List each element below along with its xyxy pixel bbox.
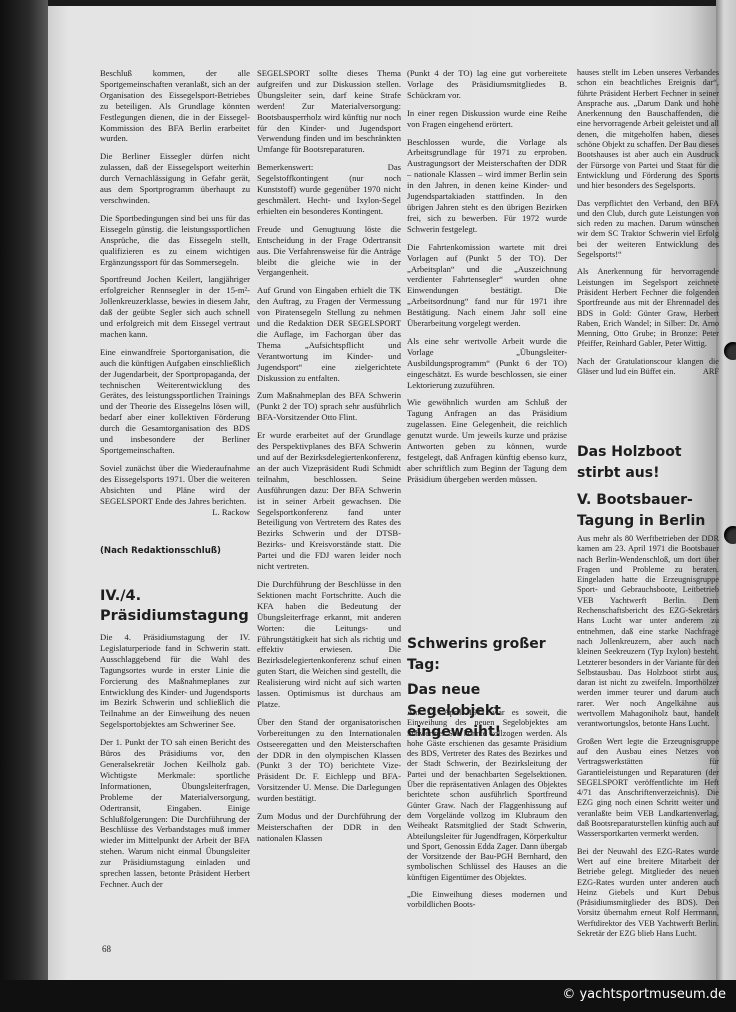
- column-4-continued: Aus mehr als 80 Werftbetrieben der DDR k…: [577, 534, 719, 946]
- paragraph: Das verpflichtet den Verband, den BFA un…: [577, 199, 719, 261]
- binder-hole-icon: [724, 526, 736, 544]
- paragraph: Zum Modus und der Durchführung der Meist…: [257, 811, 401, 844]
- page-number: 68: [102, 944, 111, 954]
- paragraph-text: Nach der Gratulationscour klangen die Gl…: [577, 357, 719, 376]
- column-4: hauses stellt im Leben unseres Verbandes…: [577, 68, 719, 384]
- paragraph: Die Berliner Eissegler dürfen nicht zula…: [100, 151, 250, 206]
- column-1: Beschluß kommen, der alle Sportgemeinsch…: [100, 68, 250, 517]
- paragraph: Der 1. Punkt der TO sah einen Bericht de…: [100, 737, 250, 890]
- paragraph: Er wurde erarbeitet auf der Grundlage de…: [257, 430, 401, 572]
- heading-line: V. Bootsbauer-Tagung in Berlin: [577, 490, 719, 532]
- facing-page-edge: [716, 0, 736, 1012]
- paragraph: Sportfreund Jochen Keilert, langjähriger…: [100, 274, 250, 339]
- paragraph: Bei der Neuwahl des EZG-Rates wurde Wert…: [577, 847, 719, 940]
- paragraph: Als Anerkennung für hervorragende Leistu…: [577, 267, 719, 349]
- article-heading: IV./4. Präsidiumstagung: [100, 586, 250, 626]
- paragraph: (Punkt 4 der TO) lag eine gut vorbereite…: [407, 68, 567, 101]
- copyright-credit: © yachtsportmuseum.de: [562, 987, 726, 1002]
- column-3-continued: Am 17. April 1971 war es soweit, die Ein…: [407, 708, 567, 918]
- paragraph: Die 4. Präsidiumstagung der IV. Legislat…: [100, 632, 250, 730]
- paragraph: In einer regen Diskussion wurde eine Rei…: [407, 108, 567, 130]
- author-signature: L. Rackow: [212, 507, 250, 518]
- column-2: SEGELSPORT sollte dieses Thema aufgreife…: [257, 68, 401, 851]
- editorial-note: (Nach Redaktionsschluß): [100, 546, 250, 557]
- paragraph: Beschluß kommen, der alle Sportgemeinsch…: [100, 68, 250, 144]
- paragraph: SEGELSPORT sollte dieses Thema aufgreife…: [257, 68, 401, 155]
- paragraph: Als eine sehr wertvolle Arbeit wurde die…: [407, 336, 567, 391]
- column-3: (Punkt 4 der TO) lag eine gut vorbereite…: [407, 68, 567, 492]
- paragraph: hauses stellt im Leben unseres Verbandes…: [577, 68, 719, 192]
- paragraph: Wie gewöhnlich wurden am Schluß der Tagu…: [407, 397, 567, 484]
- column-1-continued: Die 4. Präsidiumstagung der IV. Legislat…: [100, 632, 250, 897]
- paragraph: Die Sportbedingungen sind bei uns für da…: [100, 213, 250, 268]
- paragraph-text: Soviel zunächst über die Wiederaufnahme …: [100, 463, 250, 506]
- paragraph: Soviel zunächst über die Wiederaufnahme …: [100, 463, 250, 507]
- paragraph: Bemerkenswert: Das Segelstoffkontingent …: [257, 162, 401, 217]
- book-spine: [0, 0, 48, 1012]
- author-signature: ARF: [703, 367, 719, 377]
- paragraph: Die Durchführung der Beschlüsse in den S…: [257, 579, 401, 710]
- binder-hole-icon: [724, 342, 736, 360]
- paragraph: Aus mehr als 80 Werftbetrieben der DDR k…: [577, 534, 719, 730]
- heading-line: Schwerins großer Tag:: [407, 634, 567, 676]
- heading-line: Das Holzboot stirbt aus!: [577, 442, 719, 484]
- paragraph: Eine einwandfreie Sportorganisation, die…: [100, 347, 250, 456]
- paragraph: Zum Maßnahmeplan des BFA Schwerin (Punkt…: [257, 390, 401, 423]
- paragraph: „Die Einweihung dieses modernen und vorb…: [407, 890, 567, 911]
- paragraph: Nach der Gratulationscour klangen die Gl…: [577, 357, 719, 378]
- article-heading: Das Holzboot stirbt aus! V. Bootsbauer-T…: [577, 442, 719, 532]
- paragraph: Über den Stand der organisatorischen Vor…: [257, 717, 401, 804]
- paragraph: Großen Wert legte die Erzeugnisgruppe au…: [577, 737, 719, 840]
- paragraph: Am 17. April 1971 war es soweit, die Ein…: [407, 708, 567, 883]
- paragraph: Beschlossen wurde, die Vorlage als Arbei…: [407, 137, 567, 235]
- paragraph: Die Fahrtenkomission wartete mit drei Vo…: [407, 242, 567, 329]
- paragraph: Auf Grund von Eingaben erhielt die TK de…: [257, 285, 401, 383]
- paragraph: Freude und Genugtuung löste die Entschei…: [257, 224, 401, 279]
